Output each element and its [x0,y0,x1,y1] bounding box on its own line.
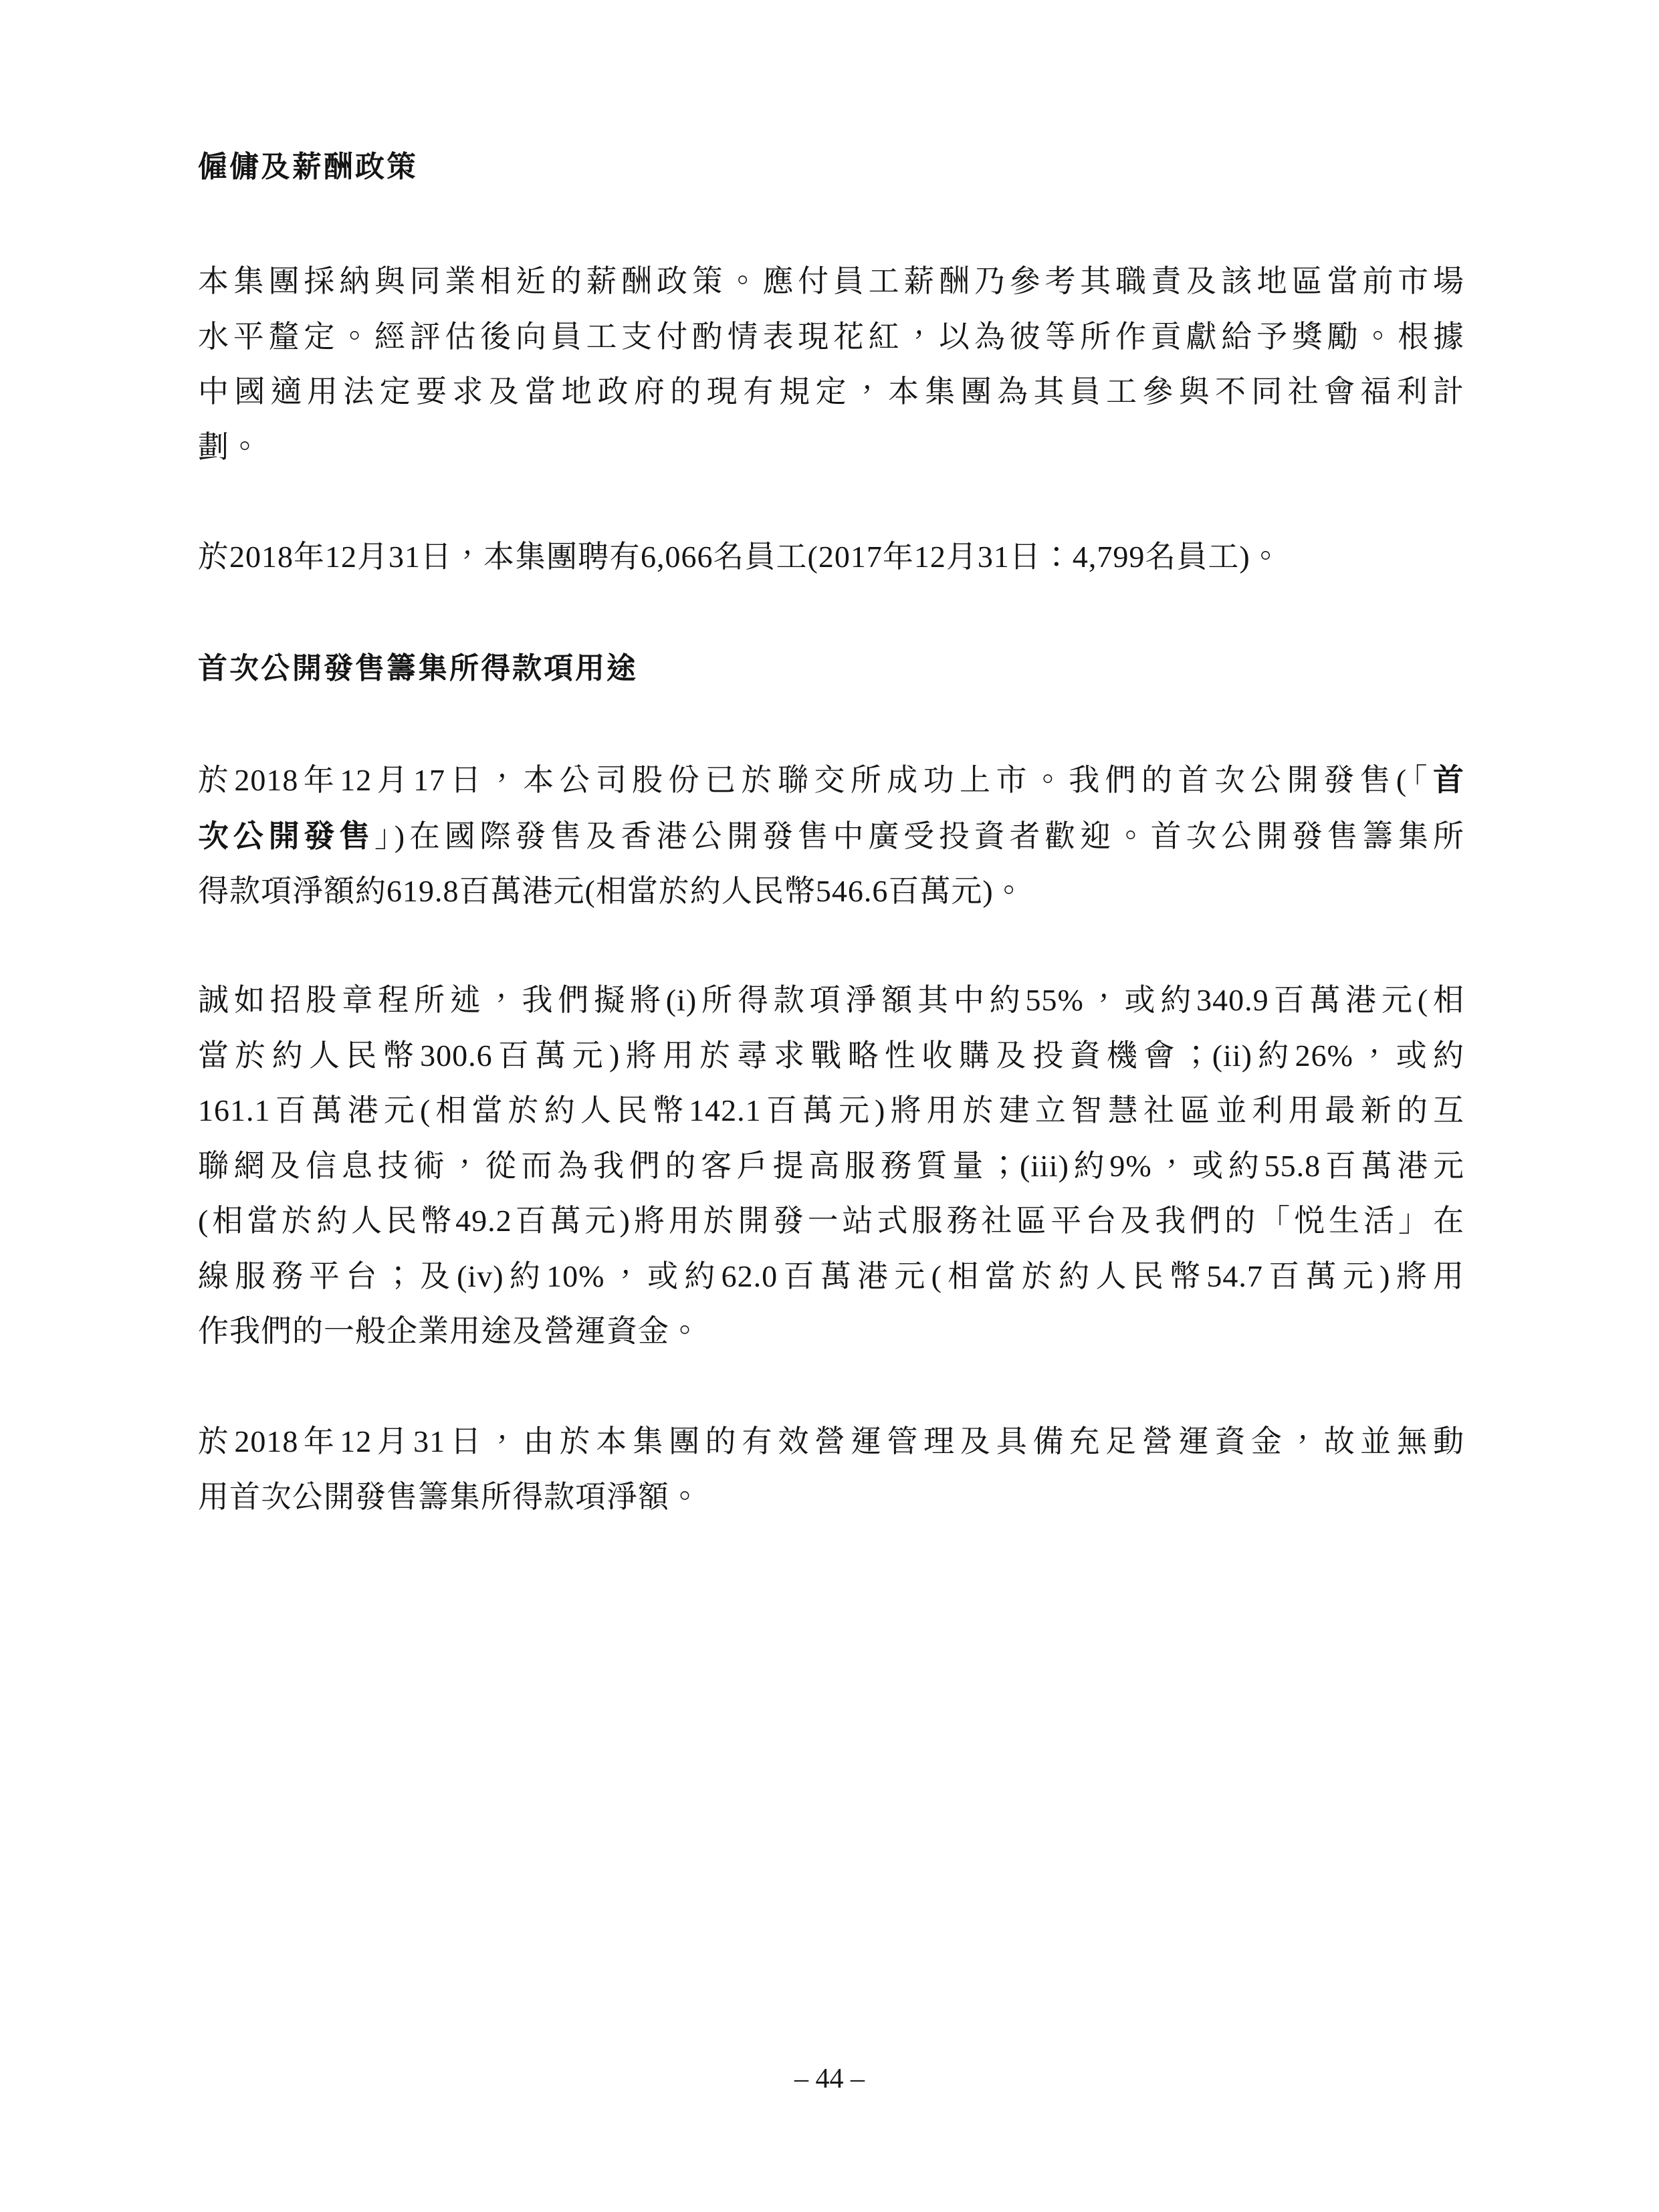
text-line: 當於約人民幣300.6百萬元)將用於尋求戰略性收購及投資機會；(ii)約26%，… [198,1028,1464,1084]
text-segment: 161.1百萬港元(相當於約人民幣142.1百萬元)將用於建立智慧社區並利用最新… [198,1093,1464,1127]
text-line: 用首次公開發售籌集所得款項淨額。 [198,1470,1464,1525]
paragraph-proceeds-not-utilised: 於2018年12月31日，由於本集團的有效營運管理及具備充足營運資金，故並無動用… [198,1414,1464,1525]
paragraph-remuneration-policy: 本集團採納與同業相近的薪酬政策。應付員工薪酬乃參考其職責及該地區當前市場水平釐定… [198,254,1464,475]
section-heading-use-of-ipo-proceeds: 首次公開發售籌集所得款項用途 [198,641,1464,697]
paragraph-employee-headcount: 於2018年12月31日，本集團聘有6,066名員工(2017年12月31日：4… [198,530,1464,585]
text-segment: 得款項淨額約619.8百萬港元(相當於約人民幣546.6百萬元)。 [198,874,1025,908]
text-segment: 聯網及信息技術，從而為我們的客戶提高服務質量；(iii)約9%，或約55.8百萬… [198,1149,1464,1183]
text-segment: 於2018年12月31日，本集團聘有6,066名員工(2017年12月31日：4… [198,540,1282,574]
text-line: 誠如招股章程所述，我們擬將(i)所得款項淨額其中約55%，或約340.9百萬港元… [198,973,1464,1028]
bold-defined-term: 次公開發售 [198,818,374,853]
text-line: 得款項淨額約619.8百萬港元(相當於約人民幣546.6百萬元)。 [198,864,1464,919]
text-line: 水平釐定。經評估後向員工支付酌情表現花紅，以為彼等所作貢獻給予獎勵。根據 [198,310,1464,365]
text-segment: 作我們的一般企業用途及營運資金。 [198,1314,701,1348]
text-line: 作我們的一般企業用途及營運資金。 [198,1304,1464,1359]
text-segment: 於2018年12月17日，本公司股份已於聯交所成功上市。我們的首次公開發售(「 [198,763,1433,797]
text-line: 中國適用法定要求及當地政府的現有規定，本集團為其員工參與不同社會福利計 [198,364,1464,420]
section-heading-employment-remuneration-policy: 僱傭及薪酬政策 [198,140,1464,195]
bold-defined-term: 首 [1433,762,1464,797]
text-segment: 用首次公開發售籌集所得款項淨額。 [198,1480,701,1514]
text-segment: 劃。 [198,430,261,464]
text-line: 聯網及信息技術，從而為我們的客戶提高服務質量；(iii)約9%，或約55.8百萬… [198,1139,1464,1194]
text-segment: 當於約人民幣300.6百萬元)將用於尋求戰略性收購及投資機會；(ii)約26%，… [198,1038,1464,1073]
text-segment: (相當於約人民幣49.2百萬元)將用於開發一站式服務社區平台及我們的「悦生活」在 [198,1204,1464,1238]
text-segment: 於2018年12月31日，由於本集團的有效營運管理及具備充足營運資金，故並無動 [198,1424,1464,1458]
page-number: – 44 – [0,2065,1659,2093]
text-segment: 誠如招股章程所述，我們擬將(i)所得款項淨額其中約55%，或約340.9百萬港元… [198,983,1464,1017]
text-segment: 本集團採納與同業相近的薪酬政策。應付員工薪酬乃參考其職責及該地區當前市場 [198,264,1464,298]
text-line: (相當於約人民幣49.2百萬元)將用於開發一站式服務社區平台及我們的「悦生活」在 [198,1194,1464,1249]
text-line: 線服務平台；及(iv)約10%，或約62.0百萬港元(相當於約人民幣54.7百萬… [198,1249,1464,1305]
text-line: 161.1百萬港元(相當於約人民幣142.1百萬元)將用於建立智慧社區並利用最新… [198,1083,1464,1139]
text-line: 於2018年12月17日，本公司股份已於聯交所成功上市。我們的首次公開發售(「首 [198,752,1464,808]
text-segment: 中國適用法定要求及當地政府的現有規定，本集團為其員工參與不同社會福利計 [198,374,1464,409]
paragraph-ipo-listing: 於2018年12月17日，本公司股份已於聯交所成功上市。我們的首次公開發售(「首… [198,752,1464,919]
text-line: 本集團採納與同業相近的薪酬政策。應付員工薪酬乃參考其職責及該地區當前市場 [198,254,1464,310]
text-line: 於2018年12月31日，本集團聘有6,066名員工(2017年12月31日：4… [198,530,1464,585]
paragraph-use-of-proceeds-breakdown: 誠如招股章程所述，我們擬將(i)所得款項淨額其中約55%，或約340.9百萬港元… [198,973,1464,1359]
text-segment: 水平釐定。經評估後向員工支付酌情表現花紅，以為彼等所作貢獻給予獎勵。根據 [198,320,1464,354]
text-segment: 線服務平台；及(iv)約10%，或約62.0百萬港元(相當於約人民幣54.7百萬… [198,1259,1464,1293]
text-line: 於2018年12月31日，由於本集團的有效營運管理及具備充足營運資金，故並無動 [198,1414,1464,1470]
text-segment: 」)在國際發售及香港公開發售中廣受投資者歡迎。首次公開發售籌集所 [374,819,1464,853]
document-page: { "document": { "heading_employment": "僱… [0,0,1659,2212]
text-line: 次公開發售」)在國際發售及香港公開發售中廣受投資者歡迎。首次公開發售籌集所 [198,808,1464,865]
text-line: 劃。 [198,420,1464,475]
